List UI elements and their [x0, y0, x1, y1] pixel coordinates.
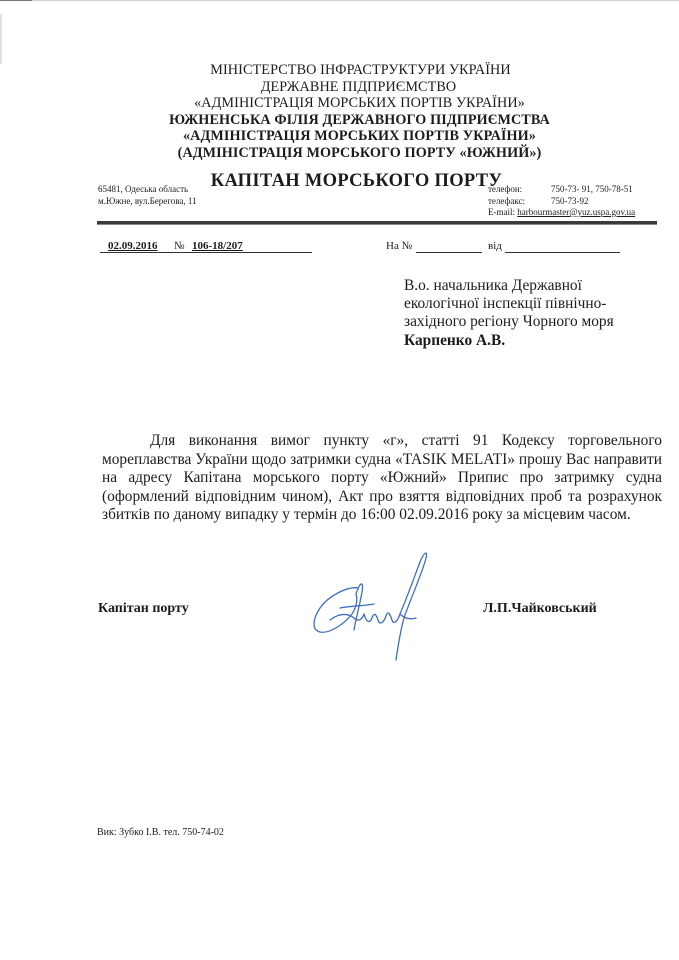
letterhead-branch: ЮЖНЕНСЬКА ФІЛІЯ ДЕРЖАВНОГО ПІДПРИЄМСТВА	[0, 112, 679, 129]
addressee-name: Карпенко А.В.	[404, 332, 614, 350]
scan-edge-top	[0, 0, 679, 1]
reference-date-blank	[505, 252, 620, 253]
email-label: E-mail:	[488, 207, 515, 219]
fax-label: телефакс:	[488, 196, 551, 208]
letter-body: Для виконання вимог пункту «г», статті 9…	[102, 432, 662, 525]
email-link[interactable]: harbourmaster@yuz.uspa.gov.ua	[517, 207, 635, 219]
handwritten-signature-icon	[300, 548, 430, 666]
phone-value: 750-73- 91, 750-78-51	[551, 184, 633, 196]
addressee-block: В.о. начальника Державної екологічної ін…	[404, 277, 614, 350]
registration-number-label: №	[174, 240, 185, 252]
signatory-name: Л.П.Чайковський	[483, 601, 597, 617]
sender-contacts: телефон: 750-73- 91, 750-78-51 телефакс:…	[488, 184, 635, 219]
registration-number: 106-18/207	[192, 240, 243, 252]
email-row: E-mail: harbourmaster@yuz.uspa.gov.ua	[488, 207, 635, 219]
phone-row: телефон: 750-73- 91, 750-78-51	[488, 184, 635, 196]
reference-from-label: від	[488, 240, 502, 252]
reference-number-blank	[416, 252, 482, 253]
letterhead-enterprise-name: «АДМІНІСТРАЦІЯ МОРСЬКИХ ПОРТІВ УКРАЇНИ»	[0, 95, 679, 112]
reference-number-label: На №	[386, 240, 412, 252]
registration-underline	[100, 252, 312, 253]
phone-label: телефон:	[488, 184, 551, 196]
signatory-role: Капітан порту	[98, 601, 189, 617]
letterhead-separator	[97, 221, 657, 225]
addressee-line-2: екологічної інспекції північно-	[404, 295, 614, 313]
scan-edge-left	[0, 14, 2, 64]
fax-row: телефакс: 750-73-92	[488, 196, 635, 208]
letterhead: МІНІСТЕРСТВО ІНФРАСТРУКТУРИ УКРАЇНИ ДЕРЖ…	[0, 62, 679, 192]
letterhead-enterprise-type: ДЕРЖАВНЕ ПІДПРИЄМСТВО	[0, 79, 679, 96]
letterhead-port-admin: (АДМІНІСТРАЦІЯ МОРСЬКОГО ПОРТУ «ЮЖНИЙ»)	[0, 145, 679, 162]
addressee-line-3: західного регіону Чорного моря	[404, 313, 614, 331]
letterhead-ministry: МІНІСТЕРСТВО ІНФРАСТРУКТУРИ УКРАЇНИ	[0, 62, 679, 79]
address-line-1: 65481, Одеська область	[98, 184, 197, 196]
address-line-2: м.Южне, вул.Берегова, 11	[98, 196, 197, 208]
letter-page: МІНІСТЕРСТВО ІНФРАСТРУКТУРИ УКРАЇНИ ДЕРЖ…	[0, 0, 679, 960]
fax-value: 750-73-92	[551, 196, 589, 208]
sender-address: 65481, Одеська область м.Южне, вул.Берег…	[98, 184, 197, 207]
registration-date: 02.09.2016	[108, 240, 158, 252]
addressee-line-1: В.о. начальника Державної	[404, 277, 614, 295]
executor-note: Вик: Зубко І.В. тел. 750-74-02	[97, 827, 224, 838]
letterhead-branch-parent: «АДМІНІСТРАЦІЯ МОРСЬКИХ ПОРТІВ УКРАЇНИ»	[0, 128, 679, 145]
